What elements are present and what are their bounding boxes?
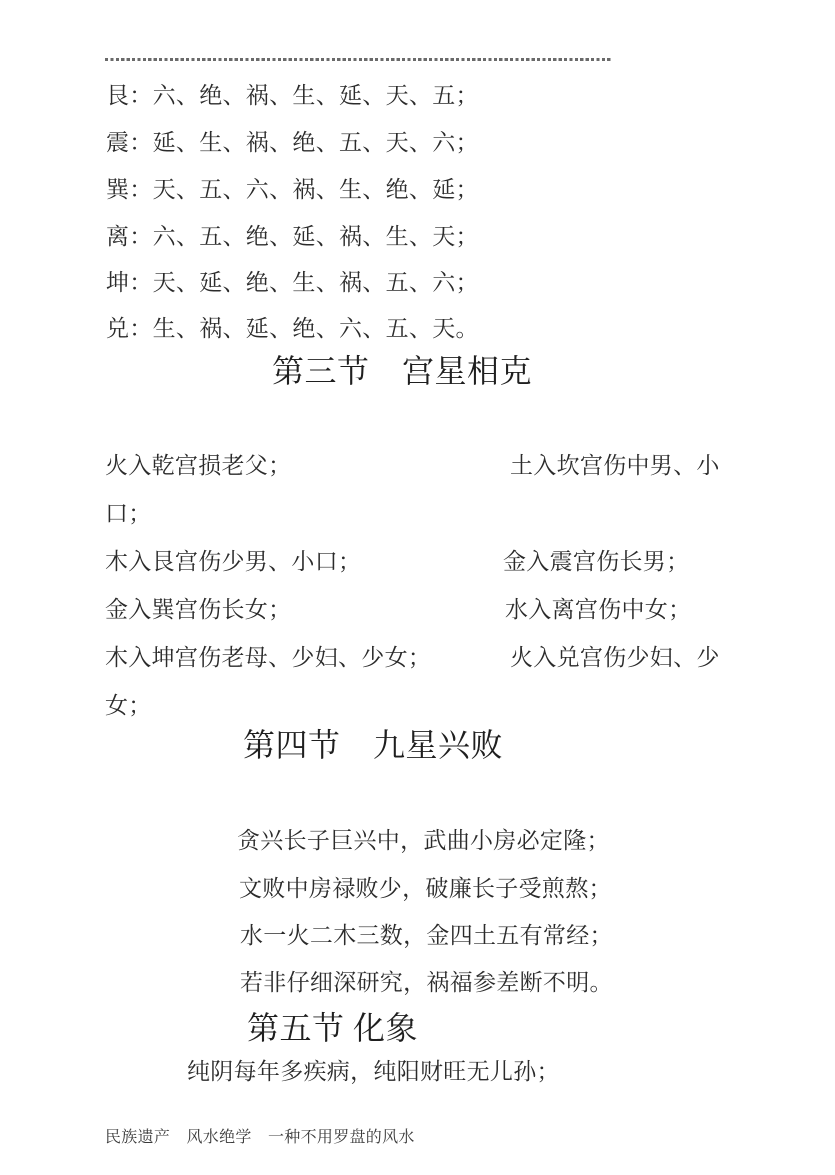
section3-line-left: 火入乾宫损老父； [105, 453, 291, 479]
poem-line: 若非仔细深研究，祸福参差断不明。 [240, 970, 613, 996]
section3-line-right: 土入坎宫伤中男、小 [510, 453, 720, 479]
section3-line-right: 水入离宫伤中女； [505, 597, 691, 623]
section3-line-left: 口； [105, 501, 152, 527]
trigram-line-zhen: 震：延、生、祸、绝、五、天、六； [106, 130, 479, 156]
page-footer: 民族遗产 风水绝学 一种不用罗盘的风水 [105, 1128, 415, 1147]
poem-line: 水一火二木三数，金四土五有常经； [240, 923, 613, 949]
document-page: 艮：六、绝、祸、生、延、天、五； 震：延、生、祸、绝、五、天、六； 巽：天、五、… [0, 0, 835, 1175]
trigram-line-xun: 巽：天、五、六、祸、生、绝、延； [106, 177, 479, 203]
section3-line-left: 女； [105, 693, 152, 719]
section3-line-left: 木入坤宫伤老母、少妇、少女； [105, 645, 431, 671]
section4-heading: 第四节 九星兴败 [243, 728, 503, 763]
trigram-line-li: 离：六、五、绝、延、祸、生、天； [106, 224, 479, 250]
poem-line: 文败中房禄败少，破廉长子受煎熬； [239, 876, 612, 902]
trigram-line-gen: 艮：六、绝、祸、生、延、天、五； [106, 83, 479, 109]
section3-line-left: 金入巽宫伤长女； [105, 597, 291, 623]
section5-heading: 第五节 化象 [247, 1011, 418, 1046]
section3-heading: 第三节 宫星相克 [272, 354, 532, 389]
section3-line-right: 金入震宫伤长男； [503, 549, 689, 575]
section3-line-right: 火入兑宫伤少妇、少 [510, 645, 720, 671]
trigram-line-kun: 坤：天、延、绝、生、祸、五、六； [106, 270, 479, 296]
poem-line: 贪兴长子巨兴中，武曲小房必定隆； [237, 828, 610, 854]
section3-line-left: 木入艮宫伤少男、小口； [105, 549, 361, 575]
dashed-separator [105, 58, 612, 61]
section5-line: 纯阴每年多疾病，纯阳财旺无儿孙； [187, 1059, 560, 1085]
trigram-line-dui: 兑：生、祸、延、绝、六、五、天。 [106, 316, 479, 342]
